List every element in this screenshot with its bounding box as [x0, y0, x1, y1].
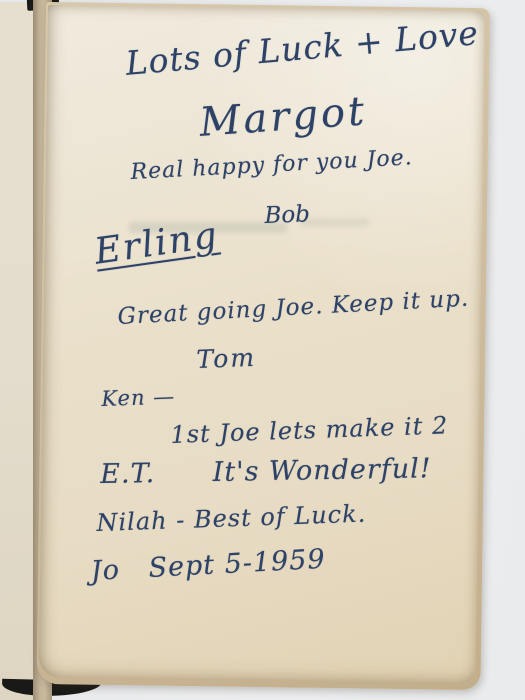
signature-bob: Bob — [264, 201, 310, 229]
signature-tom: Tom — [196, 343, 256, 374]
inscription-et-its-wonderful: E.T. It's Wonderful! — [100, 453, 432, 490]
photo-background: Lots of Luck + Love Margot Real happy fo… — [0, 0, 525, 700]
facing-endpaper-page — [0, 2, 36, 700]
signature-ken: Ken — — [101, 384, 176, 411]
print-showthrough-smudge — [300, 218, 370, 227]
